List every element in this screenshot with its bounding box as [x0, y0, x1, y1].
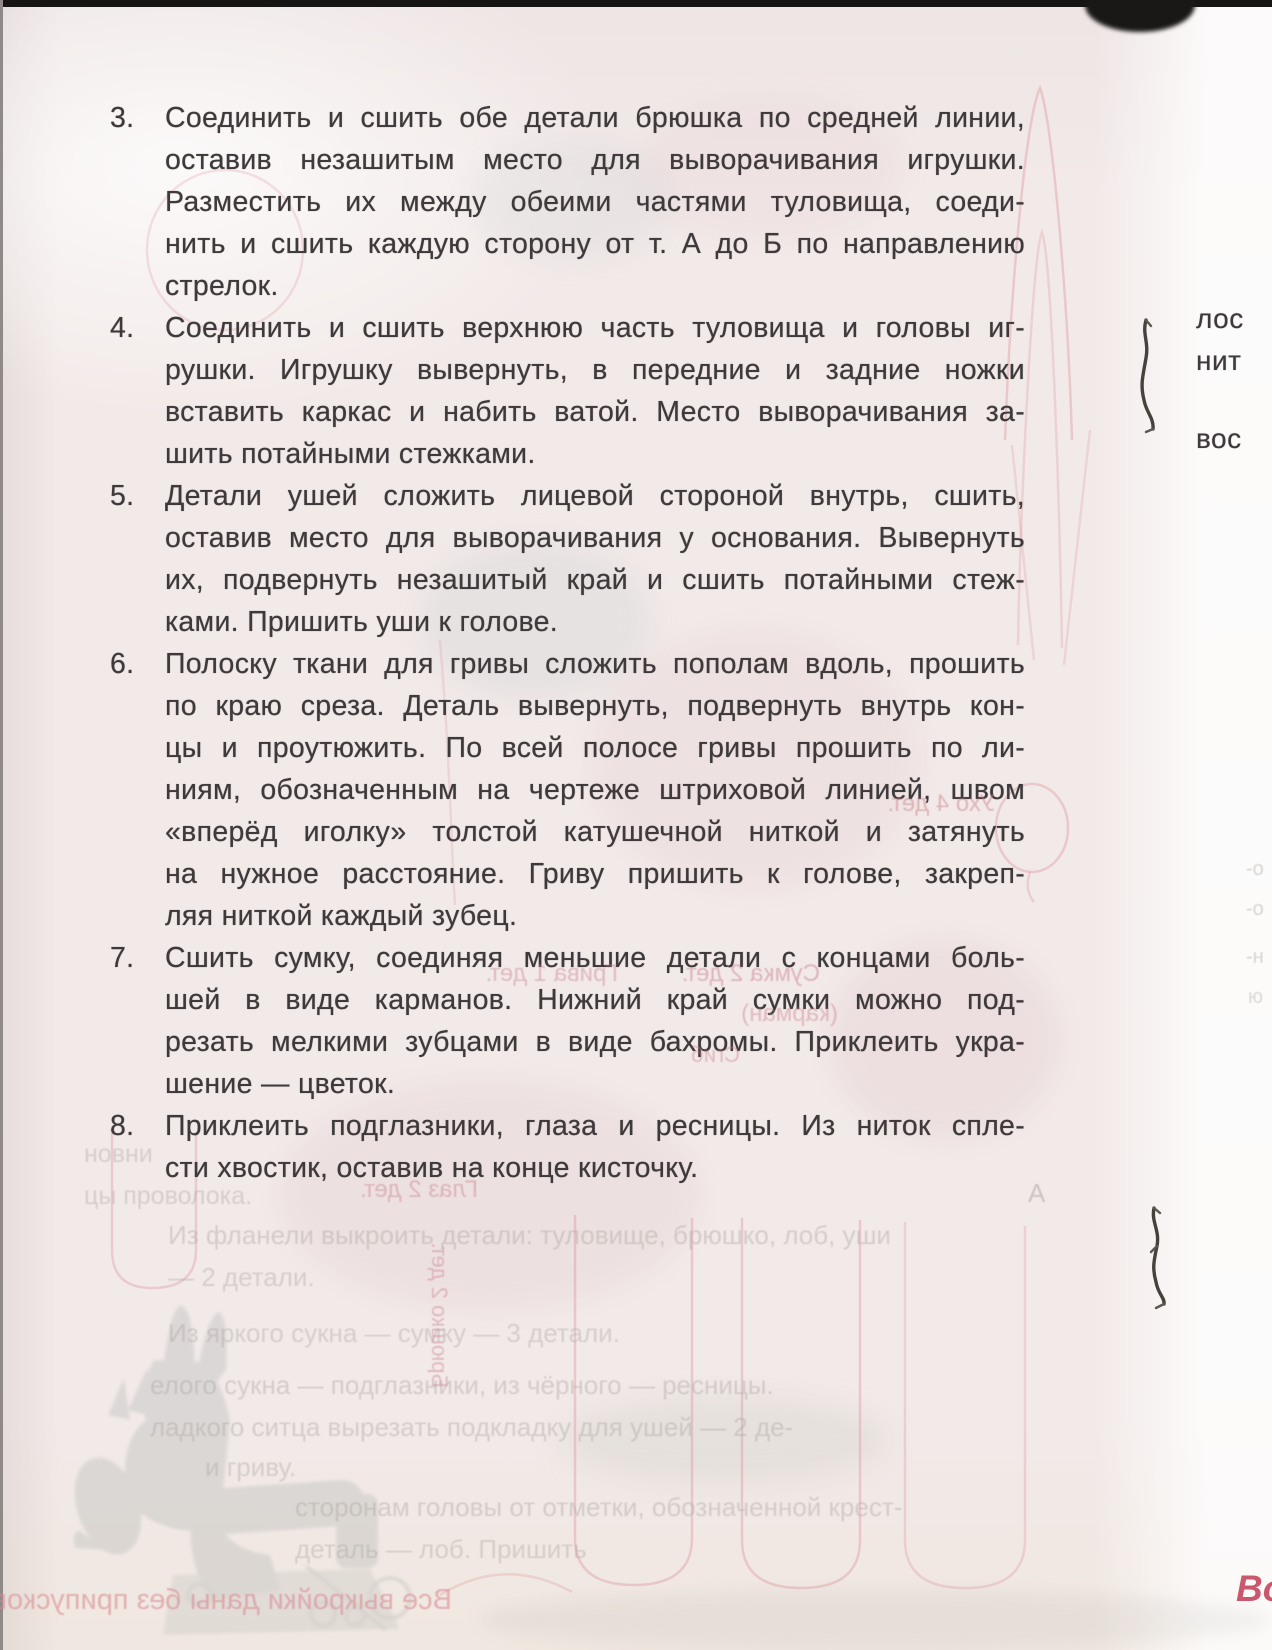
instruction-line: нить и сшить каждую сторону от т. А до Б… — [165, 223, 1025, 265]
ghost-text-fragment: — 2 детали. — [168, 1262, 315, 1293]
instruction-line: вставить каркас и набить ватой. Место вы… — [165, 391, 1025, 433]
instruction-line: оставив место для выворачивания у основа… — [165, 517, 1025, 559]
ghost-text-fragment: -н — [1246, 946, 1264, 969]
item-number: 7. — [100, 937, 165, 1105]
edge-word-fragment: лос — [1196, 303, 1244, 335]
instruction-item: 7.Сшить сумку, соединяя меньшие детали с… — [100, 937, 1030, 1105]
instruction-line: шей в виде карманов. Нижний край сумки м… — [165, 979, 1025, 1021]
instruction-line: Разместить их между обеими частями тулов… — [165, 181, 1025, 223]
instruction-line: стрелок. — [165, 265, 1025, 307]
instruction-item: 6.Полоску ткани для гривы сложить попола… — [100, 643, 1030, 937]
ghost-text-fragment: Все выкройки даны без припусков на швы! — [0, 1584, 452, 1617]
instruction-item: 4.Соединить и сшить верхнюю часть тулови… — [100, 307, 1030, 475]
ghost-text-fragment: елого сукна — подглазники, из чёрного — … — [150, 1370, 774, 1401]
ghost-text-fragment: -о — [1246, 898, 1264, 921]
ghost-text-fragment: А — [1028, 1178, 1045, 1209]
ghost-text-fragment: Брюшко 2 дет. — [426, 1243, 452, 1388]
instruction-line: по краю среза. Деталь вывернуть, подверн… — [165, 685, 1025, 727]
instruction-line: их, подвернуть незашитый край и сшить по… — [165, 559, 1025, 601]
scanner-edge-left — [0, 0, 3, 1650]
scanned-book-page: { "page": { "background": "#f2eae9", "te… — [0, 0, 1272, 1650]
instruction-line: Приклеить подглазники, глаза и ресницы. … — [165, 1105, 1025, 1147]
donkey-sewing-machine-illustration — [68, 1298, 413, 1648]
ghost-text-fragment: Из яркого сукна — сумку — 3 детали. — [168, 1318, 620, 1349]
instruction-line: шение — цветок. — [165, 1063, 1025, 1105]
scanner-edge-blob — [1085, 0, 1195, 32]
instruction-line: ками. Пришить уши к голове. — [165, 601, 1025, 643]
instruction-line: Соединить и сшить обе детали брюшка по с… — [165, 97, 1025, 139]
instruction-line: Полоску ткани для гривы сложить пополам … — [165, 643, 1025, 685]
item-number: 3. — [100, 97, 165, 307]
instruction-item: 3.Соединить и сшить обе детали брюшка по… — [100, 97, 1030, 307]
instruction-item: 8.Приклеить подглазники, глаза и ресницы… — [100, 1105, 1030, 1189]
showthrough-smudge — [480, 1590, 1270, 1650]
instruction-line: шить потайными стежками. — [165, 433, 1025, 475]
instruction-line: «вперёд иголку» толстой катушечной нитко… — [165, 811, 1025, 853]
item-number: 4. — [100, 307, 165, 475]
instruction-line: резать мелкими зубцами в виде бахромы. П… — [165, 1021, 1025, 1063]
instruction-line: оставив незашитым место для выворачивани… — [165, 139, 1025, 181]
scanner-edge-top — [0, 0, 1272, 7]
ghost-text-fragment: ладкого ситца вырезать подкладку для уше… — [150, 1412, 793, 1443]
instruction-line: ляя ниткой каждый зубец. — [165, 895, 1025, 937]
ghost-text-fragment: Из фланели выкроить детали: туловище, бр… — [168, 1220, 891, 1251]
ghost-text-fragment: и гриву. — [205, 1452, 296, 1483]
instruction-list: 3.Соединить и сшить обе детали брюшка по… — [100, 97, 1030, 1189]
item-number: 5. — [100, 475, 165, 643]
staple-top — [1130, 312, 1170, 437]
ghost-text-fragment: ю — [1248, 986, 1263, 1009]
instruction-line: Соединить и сшить верхнюю часть туловища… — [165, 307, 1025, 349]
showthrough-smudge — [560, 1395, 890, 1485]
instruction-line: ниям, обозначенным на чертеже штриховой … — [165, 769, 1025, 811]
instruction-line: Сшить сумку, соединяя меньшие детали с к… — [165, 937, 1025, 979]
item-number: 6. — [100, 643, 165, 937]
ghost-text-fragment: деталь — лоб. Пришить — [295, 1534, 587, 1565]
instruction-line: на нужное расстояние. Гриву пришить к го… — [165, 853, 1025, 895]
instruction-line: сти хвостик, оставив на конце кисточку. — [165, 1147, 1025, 1189]
instruction-item: 5.Детали ушей сложить лицевой стороной в… — [100, 475, 1030, 643]
item-number: 8. — [100, 1105, 165, 1189]
next-page-red-text: Во — [1236, 1568, 1272, 1610]
instruction-line: цы и проутюжить. По всей полосе гривы пр… — [165, 727, 1025, 769]
instruction-line: рушки. Игрушку вывернуть, в передние и з… — [165, 349, 1025, 391]
edge-word-fragment: вос — [1196, 423, 1242, 455]
staple-bottom — [1140, 1202, 1180, 1312]
edge-word-fragment: нит — [1196, 345, 1241, 377]
ghost-text-fragment: -о — [1246, 858, 1264, 881]
instruction-line: Детали ушей сложить лицевой стороной вну… — [165, 475, 1025, 517]
ghost-text-fragment: сторонам головы от отметки, обозначенной… — [295, 1492, 902, 1523]
